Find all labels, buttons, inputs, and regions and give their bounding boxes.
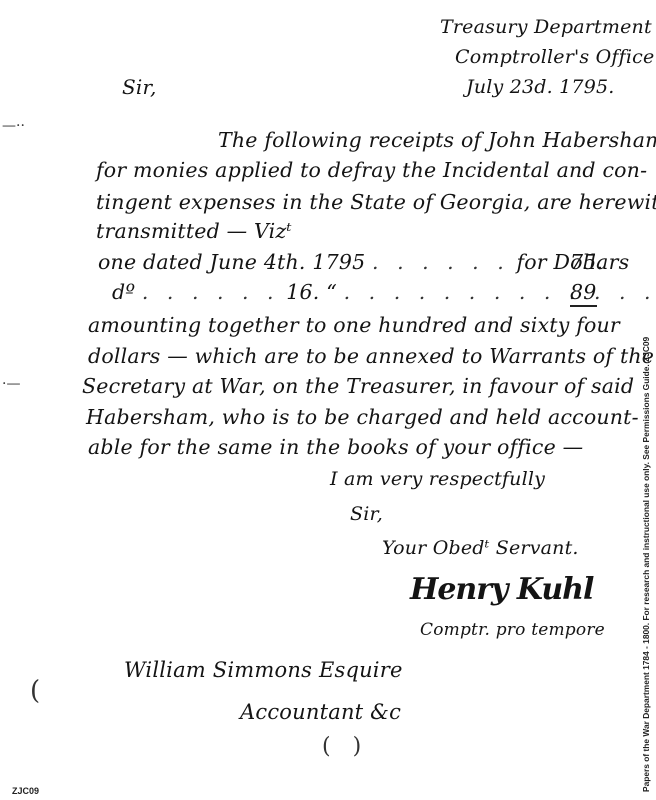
salutation: Sir,	[122, 75, 157, 99]
closing-line-2: Sir,	[350, 503, 383, 525]
signature: Henry Kuhl	[410, 572, 593, 607]
body-line-3: tingent expenses in the State of Georgia…	[96, 190, 656, 214]
leader-dots: . . . . . . . . . . . . . .	[344, 280, 656, 304]
body-line-5: amounting together to one hundred and si…	[88, 313, 620, 337]
body-line-4: transmitted — Vizᵗ	[96, 219, 292, 243]
scanned-letter-page: Treasury Department Comptroller's Office…	[0, 0, 656, 800]
header-date: July 23d. 1795.	[466, 76, 615, 98]
archive-margin-note: Papers of the War Department 1784 - 1800…	[641, 337, 651, 792]
margin-mark: ·—	[2, 376, 20, 392]
body-line-9: able for the same in the books of your o…	[88, 435, 583, 459]
body-line-1: The following receipts of John Habersham	[218, 128, 656, 152]
leader-dots: . . . . . .	[142, 280, 280, 304]
receipt-label: one dated June 4th. 1795	[98, 250, 365, 274]
margin-mark: —··	[2, 118, 25, 134]
header-office: Comptroller's Office	[455, 46, 654, 68]
receipt-row-1: one dated June 4th. 1795 . . . . . . for…	[98, 250, 629, 274]
receipt-middle: 16. “	[286, 280, 337, 304]
leader-dots: . . . . . .	[372, 250, 510, 274]
receipt-label: dº	[112, 280, 135, 304]
body-line-2: for monies applied to defray the Inciden…	[96, 158, 647, 182]
addressee-title: Accountant &c	[240, 700, 401, 724]
receipt-amount-1: 75.	[570, 250, 603, 274]
margin-bracket: (	[30, 676, 40, 706]
body-line-7: Secretary at War, on the Treasurer, in f…	[82, 374, 634, 398]
collection-code: ZJC09	[12, 786, 39, 796]
margin-bracket: ( )	[322, 734, 361, 759]
receipt-amount-2: 89	[570, 280, 597, 307]
body-line-6: dollars — which are to be annexed to War…	[88, 344, 654, 368]
addressee-name: William Simmons Esquire	[124, 658, 403, 682]
header-department: Treasury Department	[440, 16, 652, 38]
body-line-8: Habersham, who is to be charged and held…	[86, 405, 639, 429]
closing-line-1: I am very respectfully	[330, 468, 545, 490]
closing-line-3: Your Obedᵗ Servant.	[382, 537, 579, 559]
signature-title: Comptr. pro tempore	[420, 620, 605, 640]
